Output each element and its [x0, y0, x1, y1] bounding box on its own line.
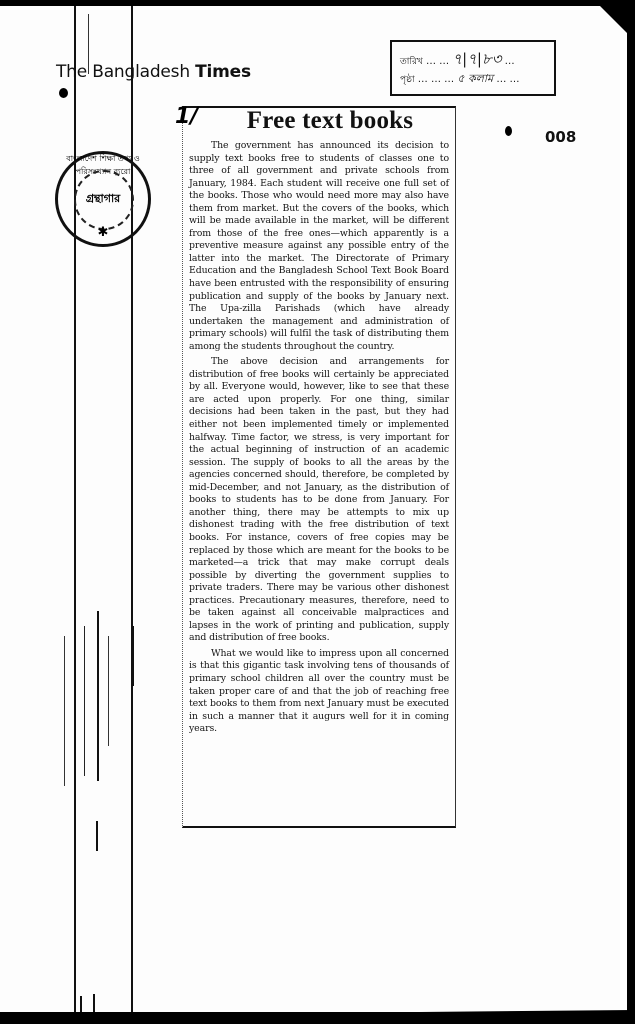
article-paragraph: The government has announced its decisio…: [189, 140, 449, 353]
stamp-page-row: পৃষ্ঠা … … … ৫ কলাম … …: [400, 70, 520, 89]
date-stamp: তারিখ … … ৭|৭|৮৩ … পৃষ্ঠা … … … ৫ কলাম ……: [390, 40, 556, 96]
scan-mark: [131, 746, 133, 776]
scan-mark: [84, 626, 85, 776]
seal-center-text: গ্রন্থাগার: [58, 190, 148, 209]
scan-mark: [80, 996, 82, 1014]
library-seal: বাংলাদেশ শিক্ষা তথ্য ও পরিসংখ্যান ব্যুরো…: [55, 151, 151, 247]
scan-mark: [108, 636, 109, 746]
article-paragraph: What we would like to impress upon all c…: [189, 648, 449, 736]
star-icon: ✱: [58, 225, 148, 240]
scan-border-bottom: [0, 1010, 635, 1024]
clipping-mark: 1/: [175, 104, 198, 129]
scan-mark: [93, 994, 95, 1014]
scanned-page: The Bangladesh Times তারিখ … … ৭|৭|৮৩ … …: [0, 6, 628, 1012]
page-number: 008: [545, 128, 576, 146]
article-title: Free text books: [183, 108, 455, 136]
stamp-page-value: ৫ কলাম: [457, 72, 493, 85]
scan-mark: [132, 626, 134, 686]
bullet-dot-icon: [59, 88, 68, 98]
masthead-bold: Times: [195, 62, 251, 82]
stamp-page-label: পৃষ্ঠা: [400, 75, 415, 85]
scan-mark: [96, 821, 98, 851]
stamp-date-label: তারিখ: [400, 57, 423, 67]
article-body: The government has announced its decisio…: [183, 136, 455, 736]
bullet-dot-icon: [505, 126, 512, 136]
article-paragraph: The above decision and arrangements for …: [189, 356, 449, 645]
scan-mark: [64, 636, 65, 786]
masthead-prefix: Th: [56, 62, 77, 82]
scan-border-right: [627, 0, 635, 1024]
scan-mark: [97, 611, 99, 781]
masthead-middle: e Bangladesh: [77, 62, 195, 82]
article-clipping: 1/ Free text books The government has an…: [182, 106, 456, 828]
newspaper-masthead: The Bangladesh Times: [56, 62, 251, 82]
stamp-date-value: ৭|৭|৮৩: [452, 50, 501, 68]
